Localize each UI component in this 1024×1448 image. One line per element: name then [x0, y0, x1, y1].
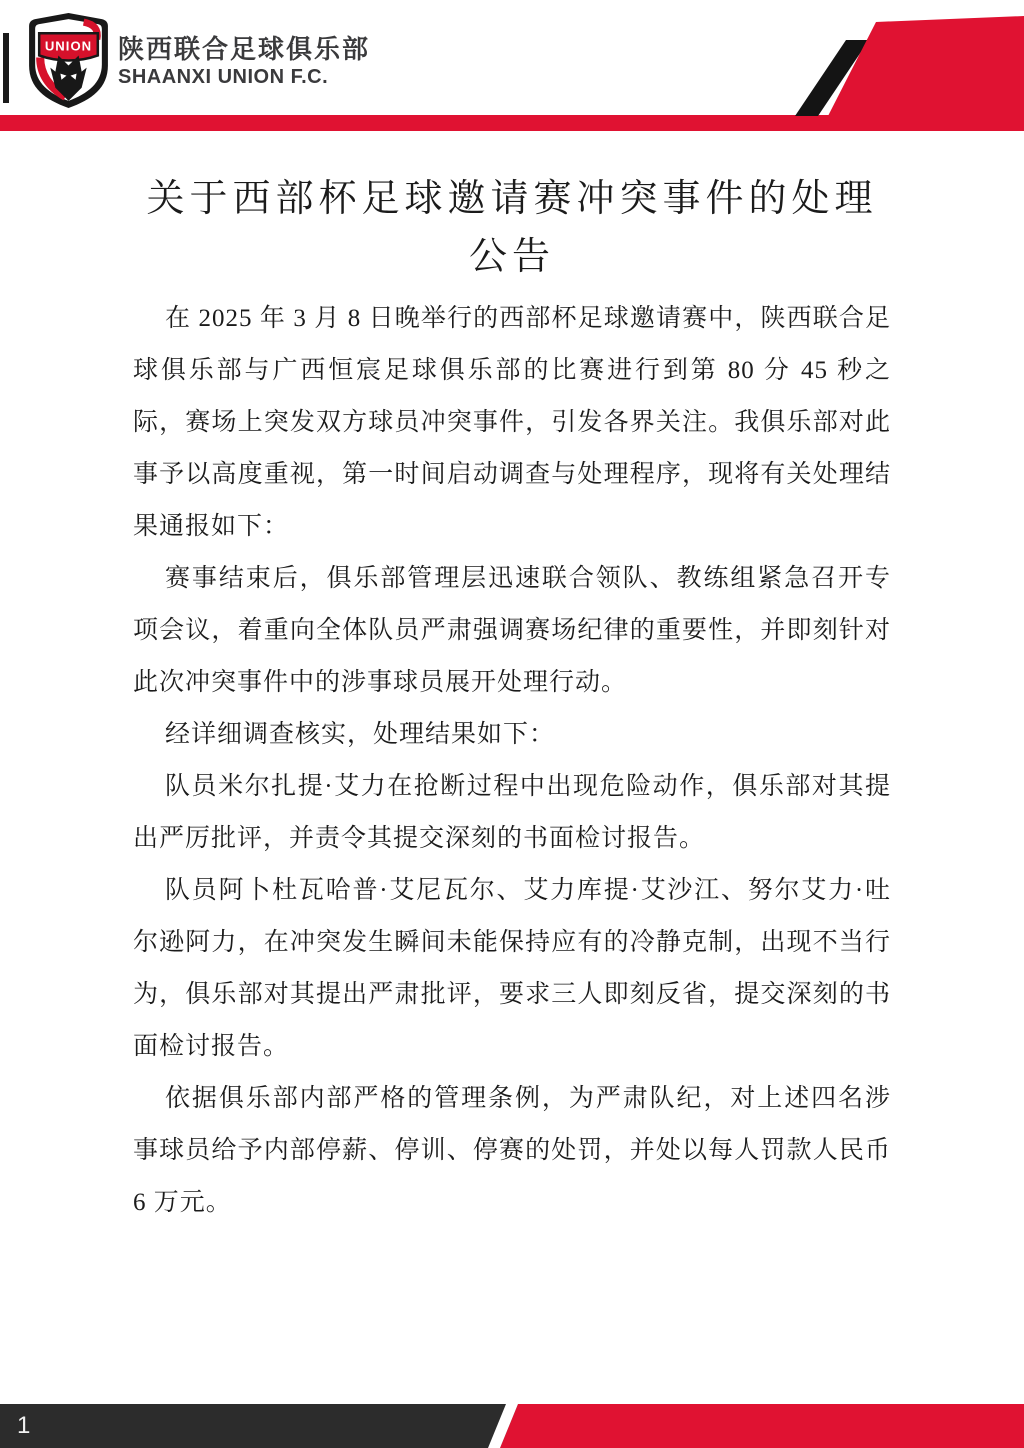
document-content: 关于西部杯足球邀请赛冲突事件的处理 公告 在 2025 年 3 月 8 日晚举行… — [133, 170, 891, 1229]
club-name-block: 陕西联合足球俱乐部 SHAANXI UNION F.C. — [118, 35, 370, 88]
club-name-en: SHAANXI UNION F.C. — [118, 66, 370, 88]
page-number: 1 — [17, 1412, 30, 1440]
title-line-2: 公告 — [133, 228, 891, 286]
club-name-zh: 陕西联合足球俱乐部 — [118, 35, 370, 64]
title-line-1: 关于西部杯足球邀请赛冲突事件的处理 — [133, 170, 891, 228]
paragraph-1: 在 2025 年 3 月 8 日晚举行的西部杯足球邀请赛中，陕西联合足球俱乐部与… — [133, 293, 891, 553]
paragraph-6: 依据俱乐部内部严格的管理条例，为严肃队纪，对上述四名涉事球员给予内部停薪、停训、… — [133, 1073, 891, 1229]
paragraph-4: 队员米尔扎提·艾力在抢断过程中出现危险动作，俱乐部对其提出严厉批评，并责令其提交… — [133, 761, 891, 865]
footer-bar: 1 — [0, 1404, 1024, 1448]
page-title: 关于西部杯足球邀请赛冲突事件的处理 公告 — [133, 170, 891, 286]
paragraph-5: 队员阿卜杜瓦哈普·艾尼瓦尔、艾力库提·艾沙江、努尔艾力·吐尔逊阿力，在冲突发生瞬… — [133, 865, 891, 1073]
club-crest-logo: UNION — [29, 13, 108, 108]
paragraph-2: 赛事结束后，俱乐部管理层迅速联合领队、教练组紧急召开专项会议，着重向全体队员严肃… — [133, 553, 891, 709]
announcement-body: 在 2025 年 3 月 8 日晚举行的西部杯足球邀请赛中，陕西联合足球俱乐部与… — [133, 293, 891, 1229]
union-banner-label: UNION — [45, 38, 92, 53]
red-stripe-divider — [0, 115, 1024, 131]
announcement-page: UNION 陕西联合足球俱乐部 SHAANXI UNION F.C. 关于西部杯… — [0, 0, 1024, 1448]
header-left-accent-bar — [3, 33, 9, 103]
paragraph-3: 经详细调查核实，处理结果如下： — [133, 709, 891, 761]
